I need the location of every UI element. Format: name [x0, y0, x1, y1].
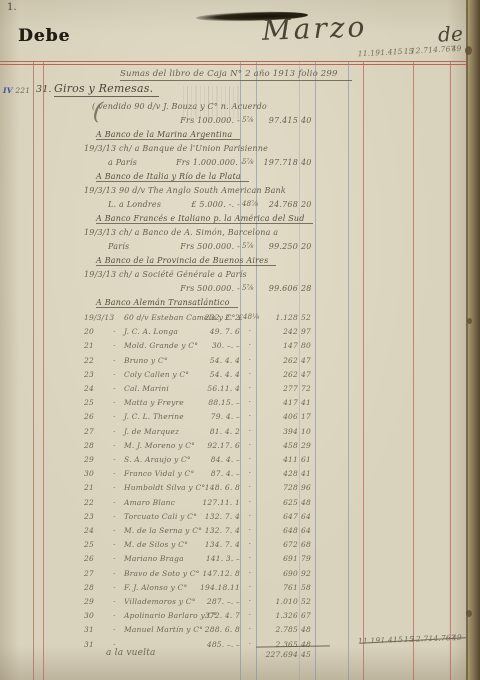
row-value: 1.010	[252, 597, 298, 606]
row-value-cents: 48	[301, 625, 317, 634]
row-amount: 132. 7. 4	[188, 512, 240, 521]
entry-bank-header: A Banco de la Marina Argentina	[0, 130, 468, 143]
row-ditto: ·	[113, 540, 116, 549]
row-day: 19/3/13	[84, 313, 114, 322]
row-name: Villademoros y C°	[124, 597, 196, 606]
row-name: J. C. L. Therine	[124, 412, 184, 421]
row-value: 428	[252, 469, 298, 478]
row-value-cents: 47	[301, 356, 317, 365]
row-value-cents: 48	[301, 498, 317, 507]
ledger-row: 28·F. J. Alonso y C°194.18.11·76158	[0, 583, 468, 596]
entry-text: 19/3/13 ch/ a Société Générale a París	[84, 270, 247, 279]
entry-line: a ParísFrs 1.000.000. -5⅞197.71840	[0, 158, 468, 171]
total-amount-2: 12.714.767	[410, 45, 448, 56]
row-name: Amaro Blanc	[124, 498, 175, 507]
row-ditto: ·	[113, 483, 116, 492]
row-value-cents: 92	[301, 569, 317, 578]
row-ditto: ·	[113, 554, 116, 563]
row-value: 690	[252, 569, 298, 578]
margin-folio-ref: IV 221	[3, 86, 30, 95]
row-ditto: ·	[113, 583, 116, 592]
row-name: Coly Callen y C°	[124, 370, 189, 379]
row-day: 29	[84, 455, 94, 464]
entry-figure: Frs 1.000.000. -	[176, 158, 240, 167]
header-rule-bottom	[0, 64, 467, 65]
row-value: 1.326	[252, 611, 298, 620]
row-ditto: ·	[113, 526, 116, 535]
row-value: 394	[252, 427, 298, 436]
ledger-row: 30·Franco Vidal y C°87. 4. –·42841	[0, 469, 468, 482]
entry-line: Frs 500.000. -5⅞99.60628	[0, 284, 468, 297]
row-value-cents: 67	[301, 611, 317, 620]
entry-figure: Frs 500.000. -	[176, 242, 240, 251]
row-value-cents: 41	[301, 398, 317, 407]
row-value: 761	[252, 583, 298, 592]
row-day: 30	[84, 611, 94, 620]
row-value: 691	[252, 554, 298, 563]
row-value-cents: 17	[301, 412, 317, 421]
row-amount: 81. 4. 2	[188, 427, 240, 436]
row-ditto: ·	[113, 455, 116, 464]
entry-bank-header: A Banco Alemán Transatlántico	[0, 298, 468, 311]
row-ditto: ·	[113, 512, 116, 521]
ledger-row: 23·Coly Callen y C°54. 4. 4·26247	[0, 370, 468, 383]
row-name: S. A. Araujo y C°	[124, 455, 191, 464]
entry-text: A Banco Alemán Transatlántico	[96, 298, 238, 308]
row-day: 23	[84, 370, 94, 379]
ledger-row: 27·J. de Marquez81. 4. 2·39410	[0, 427, 468, 440]
row-name: Cal. Marini	[124, 384, 169, 393]
opening-sums-text: Sumas del libro de Caja N° 2 año 1913 fo…	[120, 69, 352, 81]
entry-value: 24.768	[252, 200, 298, 209]
folio-ref-roman: IV	[3, 86, 13, 95]
row-amount: 372. 4. 7	[188, 611, 240, 620]
row-day: 22	[84, 356, 94, 365]
row-ditto: ·	[113, 625, 116, 634]
total-amount-1: 11.191.415	[358, 47, 402, 58]
entry-figure: Frs 500.000. -	[176, 284, 240, 293]
page-number: 1.	[7, 2, 17, 13]
row-amount: 232. 2. 2	[188, 313, 240, 322]
row-ditto: ·	[113, 327, 116, 336]
row-day: 27	[84, 427, 94, 436]
entry-text: 19/3/13 ch/ a Banco de A. Simón, Barcelo…	[84, 228, 278, 237]
ledger-row: 21·Humboldt Silva y C°148. 6. 8·72896	[0, 483, 468, 496]
row-ditto: ·	[113, 427, 116, 436]
entry-text: 19/3/13 90 d/v The Anglo South American …	[84, 186, 286, 195]
row-amount: 56.11. 4	[188, 384, 240, 393]
row-name: Franco Vidal y C°	[124, 469, 194, 478]
row-day: 22	[84, 498, 94, 507]
row-value: 411	[252, 455, 298, 464]
row-amount: 194.18.11	[188, 583, 240, 592]
row-value: 406	[252, 412, 298, 421]
ledger-row: 24·Cal. Marini56.11. 4·27772	[0, 384, 468, 397]
margin-day: 31.	[36, 84, 52, 95]
entry-text: A Banco de la Provincia de Buenos Aires	[96, 256, 276, 266]
row-amount: 92.17. 6	[188, 441, 240, 450]
section-title-text: Giros y Remesas.	[54, 82, 159, 97]
entry-line: ( vendido 90 d/v J. Bouza y C° n. Acuerd…	[0, 102, 468, 115]
ledger-row: 26·J. C. L. Therine79. 4. –·40617	[0, 412, 468, 425]
row-ditto: ·	[113, 498, 116, 507]
entry-value-cents: 40	[301, 116, 317, 125]
ledger-page-scan: 1. Debe Marzo de Sumas del libro de Caja…	[0, 0, 480, 680]
row-ditto: ·	[113, 398, 116, 407]
row-value: 458	[252, 441, 298, 450]
ledger-row: 24·M. de la Serna y C°132. 7. 4·64864	[0, 526, 468, 539]
row-value: 417	[252, 398, 298, 407]
row-value: 147	[252, 341, 298, 350]
row-value-cents: 48	[301, 640, 317, 649]
row-value-cents: 58	[301, 583, 317, 592]
row-amount: 288. 6. 8	[188, 625, 240, 634]
row-day: 27	[84, 569, 94, 578]
row-value-cents: 97	[301, 327, 317, 336]
row-ditto: ·	[113, 469, 116, 478]
entry-value: 99.606	[252, 284, 298, 293]
entry-value: 97.415	[252, 116, 298, 125]
row-amount: 148. 6. 8	[188, 483, 240, 492]
entry-value-cents: 40	[301, 158, 317, 167]
row-value-cents: 47	[301, 370, 317, 379]
entry-figure: £ 5.000. -. -	[176, 200, 240, 209]
row-day: 28	[84, 441, 94, 450]
row-amount: 88.15. –	[188, 398, 240, 407]
row-value-cents: 79	[301, 554, 317, 563]
entry-line: ParísFrs 500.000. -5⅞99.25020	[0, 242, 468, 255]
row-ditto: ·	[113, 569, 116, 578]
ledger-row: 21·Mold. Grande y C°30. –. –·14780	[0, 341, 468, 354]
ledger-row: 28·M. J. Moreno y C°92.17. 6·45829	[0, 441, 468, 454]
row-value: 2.785	[252, 625, 298, 634]
row-name: Bruno y C°	[124, 356, 168, 365]
ledger-row: 20·J. C. A. Longa49. 7. 6·24297	[0, 327, 468, 340]
row-value: 262	[252, 356, 298, 365]
row-day: 30	[84, 469, 94, 478]
row-value-cents: 10	[301, 427, 317, 436]
row-value-cents: 41	[301, 469, 317, 478]
row-amount: 30. –. –	[188, 341, 240, 350]
month-heading: Marzo	[261, 10, 367, 47]
debit-heading: Debe	[18, 26, 70, 46]
row-amount: 127.11. 1	[188, 498, 240, 507]
row-day: 25	[84, 398, 94, 407]
row-ditto: ·	[113, 370, 116, 379]
entry-line: 19/3/13 ch/ a Banco de A. Simón, Barcelo…	[0, 228, 468, 241]
row-ditto: ·	[113, 597, 116, 606]
entry-value-cents: 20	[301, 242, 317, 251]
row-day: 21	[84, 483, 94, 492]
row-value: 262	[252, 370, 298, 379]
row-value-cents: 64	[301, 512, 317, 521]
row-amount: 287. –. –	[188, 597, 240, 606]
entry-text: L. a Londres	[108, 200, 161, 209]
entry-line: L. a Londres£ 5.000. -. -48⅞24.76820	[0, 200, 468, 213]
row-ditto: ·	[113, 384, 116, 393]
row-name: M. J. Moreno y C°	[124, 441, 195, 450]
carry-total-cents: 45	[301, 650, 317, 659]
row-name: J. C. A. Longa	[124, 327, 178, 336]
entry-value-cents: 20	[301, 200, 317, 209]
entry-line: 19/3/13 ch/ a Banque de l'Union Parisien…	[0, 144, 468, 157]
row-name: Mariano Braga	[124, 554, 184, 563]
binding-ink-spot	[465, 46, 472, 55]
entry-figure: Frs 100.000. -	[176, 116, 240, 125]
row-ditto: ·	[113, 356, 116, 365]
row-day: 31	[84, 640, 94, 649]
row-name: F. J. Alonso y C°	[124, 583, 187, 592]
header-rule-top	[0, 61, 467, 62]
entry-text: A Banco de la Marina Argentina	[96, 130, 240, 140]
section-title: Giros y Remesas.	[54, 82, 159, 97]
row-name: Matta y Freyre	[124, 398, 184, 407]
entry-line: Frs 100.000. -5⅞97.41540	[0, 116, 468, 129]
row-day: 21	[84, 341, 94, 350]
row-ditto: ·	[113, 341, 116, 350]
de-heading: de	[437, 21, 463, 46]
row-amount: 79. 4. –	[188, 412, 240, 421]
total-amount-1: 11.191.415	[358, 635, 402, 646]
row-amount: 54. 4. 4	[188, 370, 240, 379]
row-ditto: ·	[113, 412, 116, 421]
row-name: Torcuato Cali y C°	[124, 512, 197, 521]
ledger-row: 25·M. de Silos y C°134. 7. 4·67268	[0, 540, 468, 553]
entry-value: 99.250	[252, 242, 298, 251]
row-amount: 87. 4. –	[188, 469, 240, 478]
row-value: 647	[252, 512, 298, 521]
entry-text: 19/3/13 ch/ a Banque de l'Union Parisien…	[84, 144, 268, 153]
row-amount: 147.12. 8	[188, 569, 240, 578]
ledger-row: 22·Bruno y C°54. 4. 4·26247	[0, 356, 468, 369]
row-day: 23	[84, 512, 94, 521]
row-day: 26	[84, 412, 94, 421]
entry-text: ( vendido 90 d/v J. Bouza y C° n. Acuerd…	[92, 102, 267, 111]
total-amount-2: 12.714.767	[411, 633, 449, 643]
entry-line: 19/3/13 ch/ a Société Générale a París	[0, 270, 468, 283]
row-amount: 49. 7. 6	[188, 327, 240, 336]
ledger-row: 22·Amaro Blanc127.11. 1·62548	[0, 498, 468, 511]
row-day: 24	[84, 526, 94, 535]
ledger-row: 30·Apolinario Barlaro y C°372. 4. 7·1.32…	[0, 611, 468, 624]
ledger-row: 26·Mariano Braga141. 3. –·69179	[0, 554, 468, 567]
row-value-cents: 72	[301, 384, 317, 393]
total-cents-2: 49	[452, 633, 466, 642]
entry-text: A Banco de Italia y Río de la Plata	[96, 172, 249, 182]
entry-line: 19/3/13 90 d/v The Anglo South American …	[0, 186, 468, 199]
folio-ref-number: 221	[15, 86, 30, 95]
row-day: 24	[84, 384, 94, 393]
row-value-cents: 96	[301, 483, 317, 492]
ledger-row: 29·S. A. Araujo y C°84. 4. –·41161	[0, 455, 468, 468]
row-value-cents: 52	[301, 313, 317, 322]
row-amount: 84. 4. –	[188, 455, 240, 464]
row-value-cents: 52	[301, 597, 317, 606]
row-name: M. de Silos y C°	[124, 540, 188, 549]
row-amount: 485. –. –	[188, 640, 240, 649]
row-ditto: ·	[113, 611, 116, 620]
ledger-row: 19/3/1360 d/v Esteban Camelo y C° £232. …	[0, 313, 468, 326]
entry-value-cents: 28	[301, 284, 317, 293]
row-day: 26	[84, 554, 94, 563]
row-value: 625	[252, 498, 298, 507]
row-name: J. de Marquez	[124, 427, 179, 436]
ledger-row: 25·Matta y Freyre88.15. –·41741	[0, 398, 468, 411]
carry-total-amount: 227.694	[252, 650, 298, 659]
row-value-cents: 61	[301, 455, 317, 464]
row-value: 728	[252, 483, 298, 492]
binding-strip	[468, 0, 480, 680]
row-day: 25	[84, 540, 94, 549]
ledger-row: 23·Torcuato Cali y C°132. 7. 4·64764	[0, 512, 468, 525]
row-value-cents: 68	[301, 540, 317, 549]
entry-bank-header: A Banco Francés e Italiano p. la América…	[0, 214, 468, 227]
entry-text: a París	[108, 158, 137, 167]
opening-sums-line: Sumas del libro de Caja N° 2 año 1913 fo…	[120, 69, 352, 81]
row-value-cents: 29	[301, 441, 317, 450]
entry-bank-header: A Banco de la Provincia de Buenos Aires	[0, 256, 468, 269]
entry-text: París	[108, 242, 129, 251]
row-value-cents: 64	[301, 526, 317, 535]
ledger-row: 29·Villademoros y C°287. –. –·1.01052	[0, 597, 468, 610]
row-value: 277	[252, 384, 298, 393]
row-amount: 132. 7. 4	[188, 526, 240, 535]
row-value: 672	[252, 540, 298, 549]
row-value: 1.128	[252, 313, 298, 322]
entry-bank-header: A Banco de Italia y Río de la Plata	[0, 172, 468, 185]
entry-text: A Banco Francés e Italiano p. la América…	[96, 214, 313, 224]
row-day: 29	[84, 597, 94, 606]
row-day: 31	[84, 625, 94, 634]
row-amount: 54. 4. 4	[188, 356, 240, 365]
entry-value: 197.718	[252, 158, 298, 167]
row-day: 20	[84, 327, 94, 336]
row-amount: 134. 7. 4	[188, 540, 240, 549]
carry-label: a la vuelta	[106, 648, 156, 658]
row-day: 28	[84, 583, 94, 592]
total-cents-2: 49	[451, 44, 465, 54]
row-ditto: ·	[113, 441, 116, 450]
row-amount: 141. 3. –	[188, 554, 240, 563]
row-value-cents: 80	[301, 341, 317, 350]
row-value: 648	[252, 526, 298, 535]
row-value: 242	[252, 327, 298, 336]
ledger-row: 27·Bravo de Soto y C°147.12. 8·69092	[0, 569, 468, 582]
